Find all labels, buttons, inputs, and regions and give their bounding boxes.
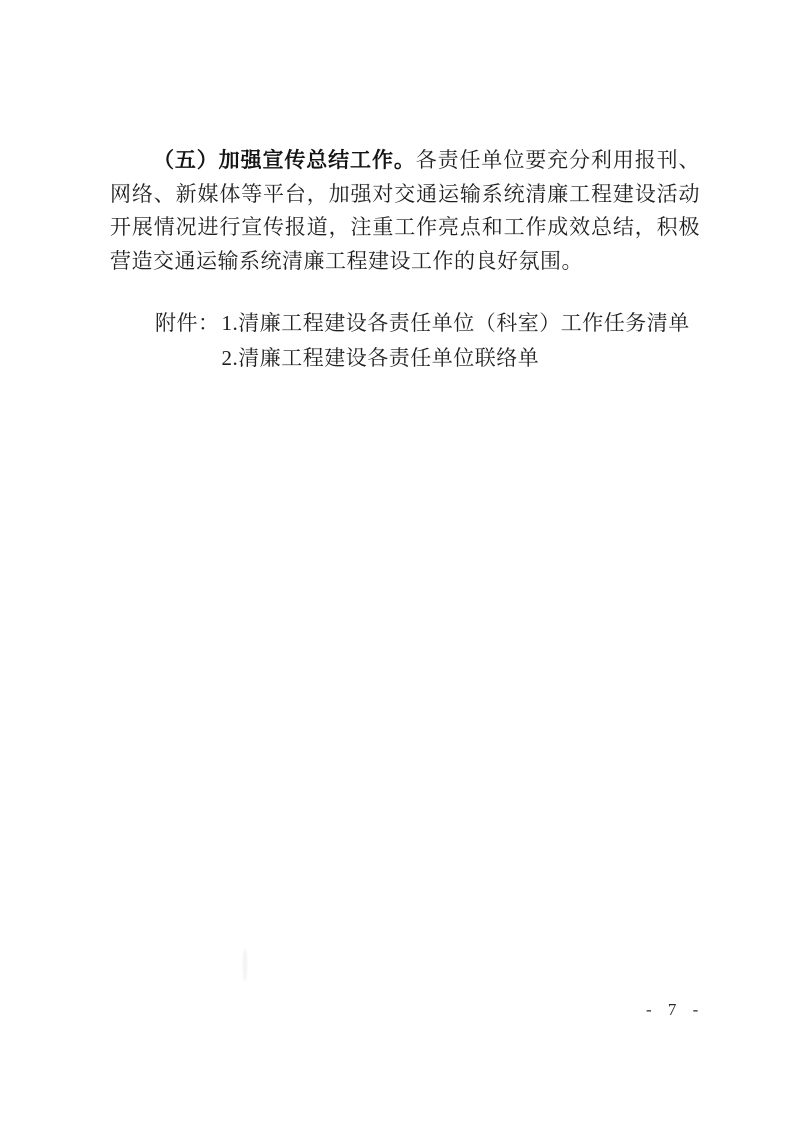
attachments-list: 1.清廉工程建设各责任单位（科室）工作任务清单 2.清廉工程建设各责任单位联络单: [222, 306, 690, 376]
paragraph-section-5: （五）加强宣传总结工作。各责任单位要充分利用报刊、网络、新媒体等平台，加强对交通…: [110, 144, 700, 278]
scan-smudge-artifact: [243, 948, 247, 982]
attachments-block: 附件： 1.清廉工程建设各责任单位（科室）工作任务清单 2.清廉工程建设各责任单…: [155, 306, 690, 376]
attachments-label: 附件：: [155, 306, 220, 341]
document-page: （五）加强宣传总结工作。各责任单位要充分利用报刊、网络、新媒体等平台，加强对交通…: [0, 0, 792, 1124]
page-number: - 7 -: [646, 1000, 701, 1020]
attachment-item-2: 2.清廉工程建设各责任单位联络单: [222, 341, 690, 376]
attachment-item-1: 1.清廉工程建设各责任单位（科室）工作任务清单: [222, 306, 690, 341]
section-heading: （五）加强宣传总结工作。: [153, 148, 416, 172]
